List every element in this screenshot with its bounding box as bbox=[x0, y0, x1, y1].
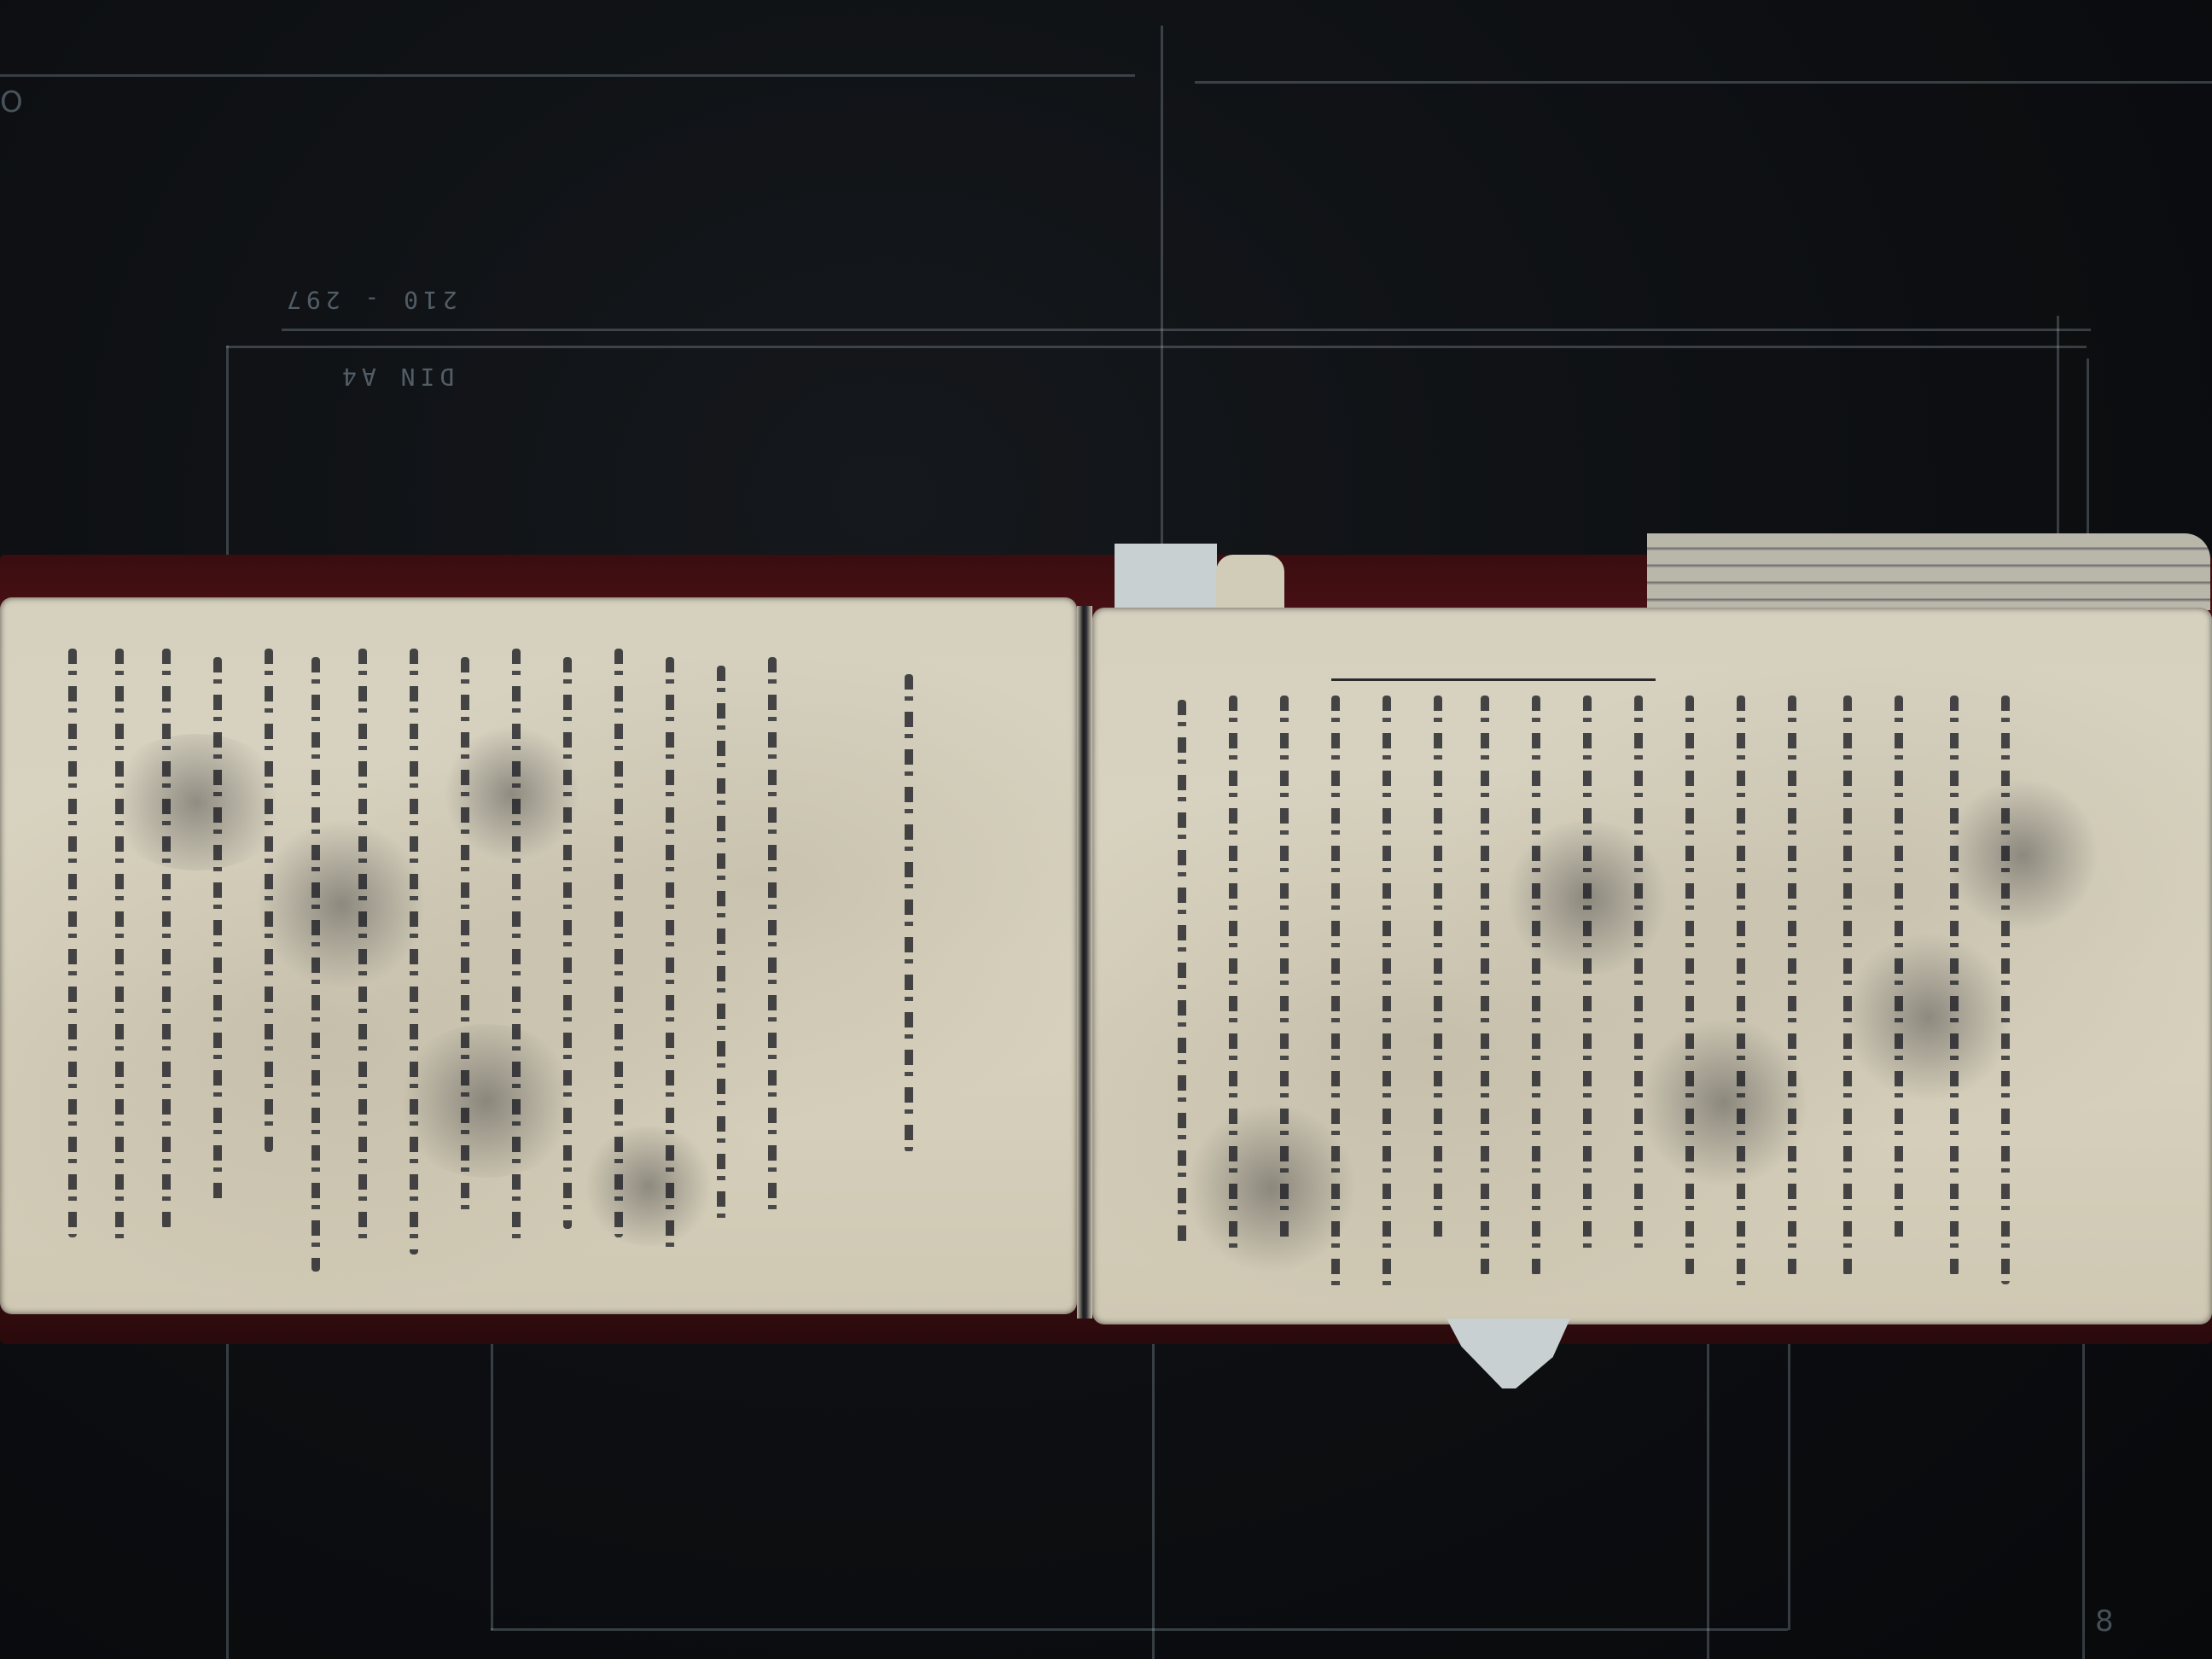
handwriting-line bbox=[1178, 700, 1186, 1246]
handwriting-line bbox=[1229, 696, 1237, 1259]
handwriting-line bbox=[358, 649, 367, 1246]
mat-line bbox=[1195, 81, 2212, 84]
handwriting-line bbox=[461, 657, 469, 1220]
mat-line bbox=[1152, 1340, 1155, 1659]
mat-line bbox=[1161, 26, 1163, 555]
handwriting-line bbox=[162, 649, 171, 1229]
ink-stain bbox=[393, 1024, 580, 1178]
mat-line bbox=[226, 346, 229, 559]
mat-line bbox=[226, 346, 2087, 348]
mat-line bbox=[491, 1323, 493, 1630]
handwriting-line bbox=[1843, 696, 1852, 1276]
handwriting-line bbox=[512, 649, 521, 1246]
handwriting-line bbox=[666, 657, 674, 1254]
paper-bookmark-tab bbox=[1115, 544, 1217, 609]
right-manuscript-page bbox=[1092, 608, 2212, 1324]
handwriting-line bbox=[1434, 696, 1442, 1242]
handwriting-line bbox=[1331, 696, 1340, 1293]
handwriting-line bbox=[717, 666, 725, 1229]
handwriting-line bbox=[1532, 696, 1540, 1276]
handwriting-line bbox=[410, 649, 418, 1254]
mat-line bbox=[491, 1628, 1788, 1631]
handwriting-line bbox=[213, 657, 222, 1203]
handwriting-line bbox=[563, 657, 572, 1229]
handwriting-line bbox=[1481, 696, 1489, 1276]
page-stack-edge bbox=[1647, 533, 2210, 610]
handwriting-line bbox=[768, 657, 777, 1212]
book-gutter bbox=[1077, 606, 1092, 1318]
mat-corner-mark-right: 8 bbox=[2095, 1604, 2114, 1639]
handwriting-line bbox=[1280, 696, 1289, 1242]
ink-stain bbox=[1946, 778, 2099, 932]
header-underline bbox=[1331, 678, 1656, 681]
handwriting-line bbox=[614, 649, 623, 1237]
handwriting-line bbox=[1685, 696, 1694, 1276]
handwriting-line bbox=[1382, 696, 1391, 1293]
ink-stain bbox=[1843, 932, 2014, 1103]
handwriting-line bbox=[1634, 696, 1643, 1250]
ink-stain bbox=[256, 819, 427, 990]
handwriting-line bbox=[115, 649, 124, 1246]
mat-line bbox=[2057, 316, 2059, 555]
mat-line bbox=[1788, 1331, 1790, 1630]
handwriting-line bbox=[68, 649, 77, 1237]
handwriting-line bbox=[905, 674, 913, 1152]
mat-label-din: DIN A4 bbox=[337, 363, 454, 391]
handwriting-line bbox=[1583, 696, 1592, 1259]
handwriting-line bbox=[1788, 696, 1796, 1276]
mat-corner-mark-left: O bbox=[0, 85, 23, 119]
handwriting-line bbox=[1895, 696, 1903, 1242]
mat-label-size: 210 - 297 bbox=[282, 286, 457, 314]
mat-line bbox=[2082, 1331, 2085, 1659]
mat-line bbox=[282, 329, 2091, 331]
handwriting-line bbox=[1950, 696, 1959, 1276]
paper-bookmark-tab bbox=[1216, 555, 1284, 608]
ink-stain bbox=[580, 1126, 717, 1246]
ink-stain bbox=[1639, 1017, 1809, 1188]
handwriting-line bbox=[1737, 696, 1745, 1293]
handwriting-line bbox=[2001, 696, 2010, 1284]
mat-line bbox=[0, 74, 1135, 77]
mat-line bbox=[1707, 1331, 1709, 1659]
mat-line bbox=[2087, 358, 2089, 555]
handwriting-line bbox=[265, 649, 273, 1152]
mat-line bbox=[226, 1331, 229, 1659]
ink-stain bbox=[102, 734, 290, 870]
handwriting-line bbox=[311, 657, 320, 1272]
